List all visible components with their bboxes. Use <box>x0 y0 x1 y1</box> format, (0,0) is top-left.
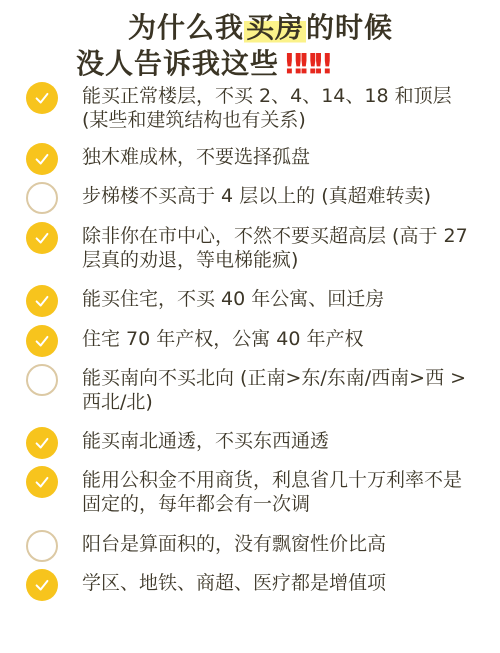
checklist-item[interactable]: 住宅 70 年产权，公寓 40 年产权 <box>26 325 472 357</box>
checklist-item[interactable]: 阳台是算面积的，没有飘窗性价比高 <box>26 530 472 562</box>
title-text: 没人告诉我这些 <box>76 47 279 80</box>
checklist-item-text: 能买南北通透，不买东西通透 <box>82 429 472 453</box>
checked-checkbox-icon[interactable] <box>26 285 58 317</box>
checklist-item-text: 能买南向不买北向 (正南>东/东南/西南>西 >西北/北) <box>82 366 472 414</box>
checked-checkbox-icon[interactable] <box>26 427 58 459</box>
checked-checkbox-icon[interactable] <box>26 569 58 601</box>
checked-checkbox-icon[interactable] <box>26 222 58 254</box>
double-exclamation-icon: ‼‼‼ <box>285 47 329 80</box>
checklist-item-text: 学区、地铁、商超、医疗都是增值项 <box>82 571 472 595</box>
checklist-item[interactable]: 除非你在市中心，不然不要买超高层 (高于 27 层真的劝退，等电梯能疯) <box>26 222 472 272</box>
title-line-2: 没人告诉我这些‼‼‼ <box>76 42 500 82</box>
empty-checkbox-icon[interactable] <box>26 182 58 214</box>
title-text: 的时候 <box>306 11 393 44</box>
empty-checkbox-icon[interactable] <box>26 530 58 562</box>
checklist-item[interactable]: 能用公积金不用商货，利息省几十万利率不是固定的，每年都会有一次调 <box>26 466 472 516</box>
checklist-item-text: 能用公积金不用商货，利息省几十万利率不是固定的，每年都会有一次调 <box>82 468 472 516</box>
checked-checkbox-icon[interactable] <box>26 325 58 357</box>
title-highlight: 买房 <box>244 11 306 44</box>
checked-checkbox-icon[interactable] <box>26 466 58 498</box>
checklist-item-text: 独木难成林，不要选择孤盘 <box>82 145 472 169</box>
checklist-item-text: 除非你在市中心，不然不要买超高层 (高于 27 层真的劝退，等电梯能疯) <box>82 224 472 272</box>
checklist-item-text: 住宅 70 年产权，公寓 40 年产权 <box>82 327 472 351</box>
empty-checkbox-icon[interactable] <box>26 364 58 396</box>
checklist-item[interactable]: 能买南北通透，不买东西通透 <box>26 427 472 459</box>
checklist-item-text: 阳台是算面积的，没有飘窗性价比高 <box>82 532 472 556</box>
checklist-item[interactable]: 能买南向不买北向 (正南>东/东南/西南>西 >西北/北) <box>26 364 472 414</box>
checklist-item-text: 步梯楼不买高于 4 层以上的 (真超难转卖) <box>82 184 472 208</box>
checked-checkbox-icon[interactable] <box>26 82 58 114</box>
checklist-item[interactable]: 能买住宅，不买 40 年公寓、回迁房 <box>26 285 472 317</box>
title-text: 为什么我 <box>128 11 244 44</box>
checklist-item[interactable]: 能买正常楼层，不买 2、4、14、18 和顶层 (某些和建筑结构也有关系) <box>26 82 472 132</box>
checked-checkbox-icon[interactable] <box>26 143 58 175</box>
checklist-item-text: 能买住宅，不买 40 年公寓、回迁房 <box>82 287 472 311</box>
checklist-item[interactable]: 学区、地铁、商超、医疗都是增值项 <box>26 569 472 601</box>
checklist-item[interactable]: 步梯楼不买高于 4 层以上的 (真超难转卖) <box>26 182 472 214</box>
title-line-1: 为什么我买房的时候 <box>128 6 500 46</box>
checklist-item[interactable]: 独木难成林，不要选择孤盘 <box>26 143 472 175</box>
checklist-item-text: 能买正常楼层，不买 2、4、14、18 和顶层 (某些和建筑结构也有关系) <box>82 84 472 132</box>
